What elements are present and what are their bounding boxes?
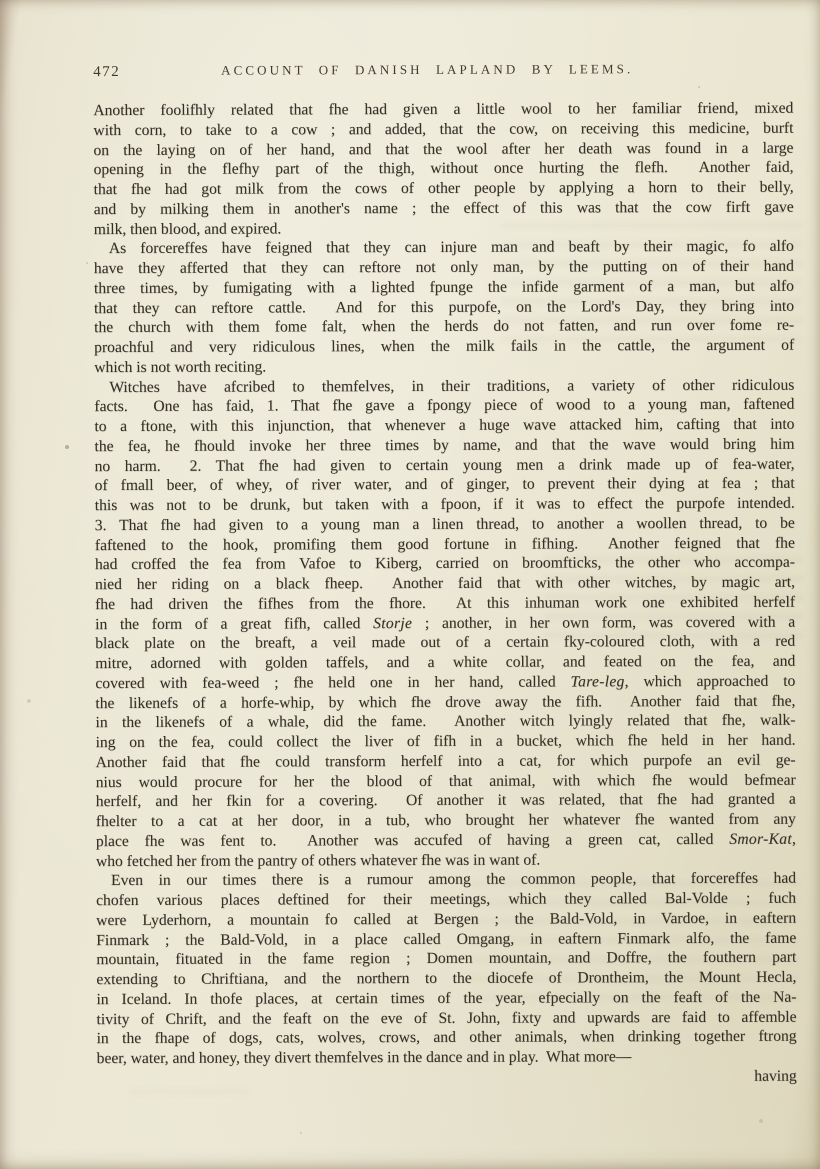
text-line: no harm. 2. That fhe had given to certai… xyxy=(95,454,795,476)
text-line: extending to Chriftiana, and the norther… xyxy=(96,968,796,990)
scanned-book-page: 472 ACCOUNT OF DANISH LAPLAND BY LEEMS. … xyxy=(0,0,820,1169)
text-line: had croffed the fea from Vafoe to Kiberg… xyxy=(95,553,795,575)
text-line: mitre, adorned with golden taffels, and … xyxy=(95,652,795,674)
text-line: Another foolifhly related that fhe had g… xyxy=(93,99,793,121)
text-line: and by milking them in another's name ; … xyxy=(94,197,794,219)
text-line: with corn, to take to a cow ; and added,… xyxy=(93,118,793,140)
text-line: opening in the flefhy part of the thigh,… xyxy=(94,158,794,180)
text-line: of fmall beer, of whey, of river water, … xyxy=(95,474,795,496)
text-line: Even in our times there is a rumour amon… xyxy=(96,869,796,891)
text-line: covered with fea-weed ; fhe held one in … xyxy=(95,671,795,693)
catchword: having xyxy=(754,1068,797,1085)
running-title: ACCOUNT OF DANISH LAPLAND BY LEEMS. xyxy=(77,61,777,79)
text-line: fhe had driven the fifhes from the fhore… xyxy=(95,592,795,614)
text-line: that they can reftore cattle. And for th… xyxy=(94,296,794,318)
text-line: to a ftone, with this injunction, that w… xyxy=(94,415,794,437)
text-line: on the laying on of her hand, and that t… xyxy=(93,138,793,160)
text-line: in the likenefs of a whale, did the fame… xyxy=(95,711,795,733)
text-line: which is not worth reciting. xyxy=(94,355,794,377)
text-line: ing on the fea, could collect the liver … xyxy=(96,731,796,753)
text-line: nius would procure for her the blood of … xyxy=(96,770,796,792)
text-line: proachful and very ridiculous lines, whe… xyxy=(94,336,794,358)
text-line: who fetched her from the pantry of other… xyxy=(96,849,796,871)
text-line: the fea, he fhould invoke her three time… xyxy=(94,434,794,456)
text-line: mountain, fituated in the fame region ; … xyxy=(96,948,796,970)
text-line: As forcereffes have feigned that they ca… xyxy=(94,237,794,259)
text-line: were Lyderhorn, a mountain fo called at … xyxy=(96,908,796,930)
text-line: in Iceland. In thofe places, at certain … xyxy=(96,987,796,1009)
text-line: facts. One has faid, 1. That fhe gave a … xyxy=(94,395,794,417)
body-text: Another foolifhly related that fhe had g… xyxy=(93,99,796,1069)
text-line: in the fhape of dogs, cats, wolves, crow… xyxy=(97,1027,797,1049)
text-line: tivity of Chrift, and the feaft on the e… xyxy=(96,1007,796,1029)
text-line: Finmark ; the Bald-Vold, in a place call… xyxy=(96,928,796,950)
text-line: the church with them fome falt, when the… xyxy=(94,316,794,338)
text-line: herfelf, and her fkin for a covering. Of… xyxy=(96,790,796,812)
text-line: have they afferted that they can reftore… xyxy=(94,257,794,279)
text-line: place fhe was fent to. Another was accuf… xyxy=(96,829,796,851)
text-line: milk, then blood, and expired. xyxy=(94,217,794,239)
text-line: this was not to be drunk, but taken with… xyxy=(95,494,795,516)
catchword-row: having xyxy=(97,1067,797,1089)
text-line: in the form of a great fifh, called Stor… xyxy=(95,612,795,634)
text-line: the likenefs of a horfe-whip, by which f… xyxy=(95,691,795,713)
text-line: beer, water, and honey, they divert them… xyxy=(97,1047,797,1069)
text-line: three times, by fumigating with a lighte… xyxy=(94,276,794,298)
text-line: chofen various places deftined for their… xyxy=(96,889,796,911)
text-line: Witches have afcribed to themfelves, in … xyxy=(94,375,794,397)
text-line: that fhe had got milk from the cows of o… xyxy=(94,178,794,200)
page-content: 472 ACCOUNT OF DANISH LAPLAND BY LEEMS. … xyxy=(0,0,820,1169)
text-line: 3. That fhe had given to a young man a l… xyxy=(95,513,795,535)
text-line: faftened to the hook, promifing them goo… xyxy=(95,533,795,555)
text-line: Another faid that fhe could transform he… xyxy=(96,750,796,772)
text-line: black plate on the breaft, a veil made o… xyxy=(95,632,795,654)
text-line: fhelter to a cat at her door, in a tub, … xyxy=(96,810,796,832)
text-line: nied her riding on a black fheep. Anothe… xyxy=(95,573,795,595)
page-header: 472 ACCOUNT OF DANISH LAPLAND BY LEEMS. xyxy=(93,61,793,83)
